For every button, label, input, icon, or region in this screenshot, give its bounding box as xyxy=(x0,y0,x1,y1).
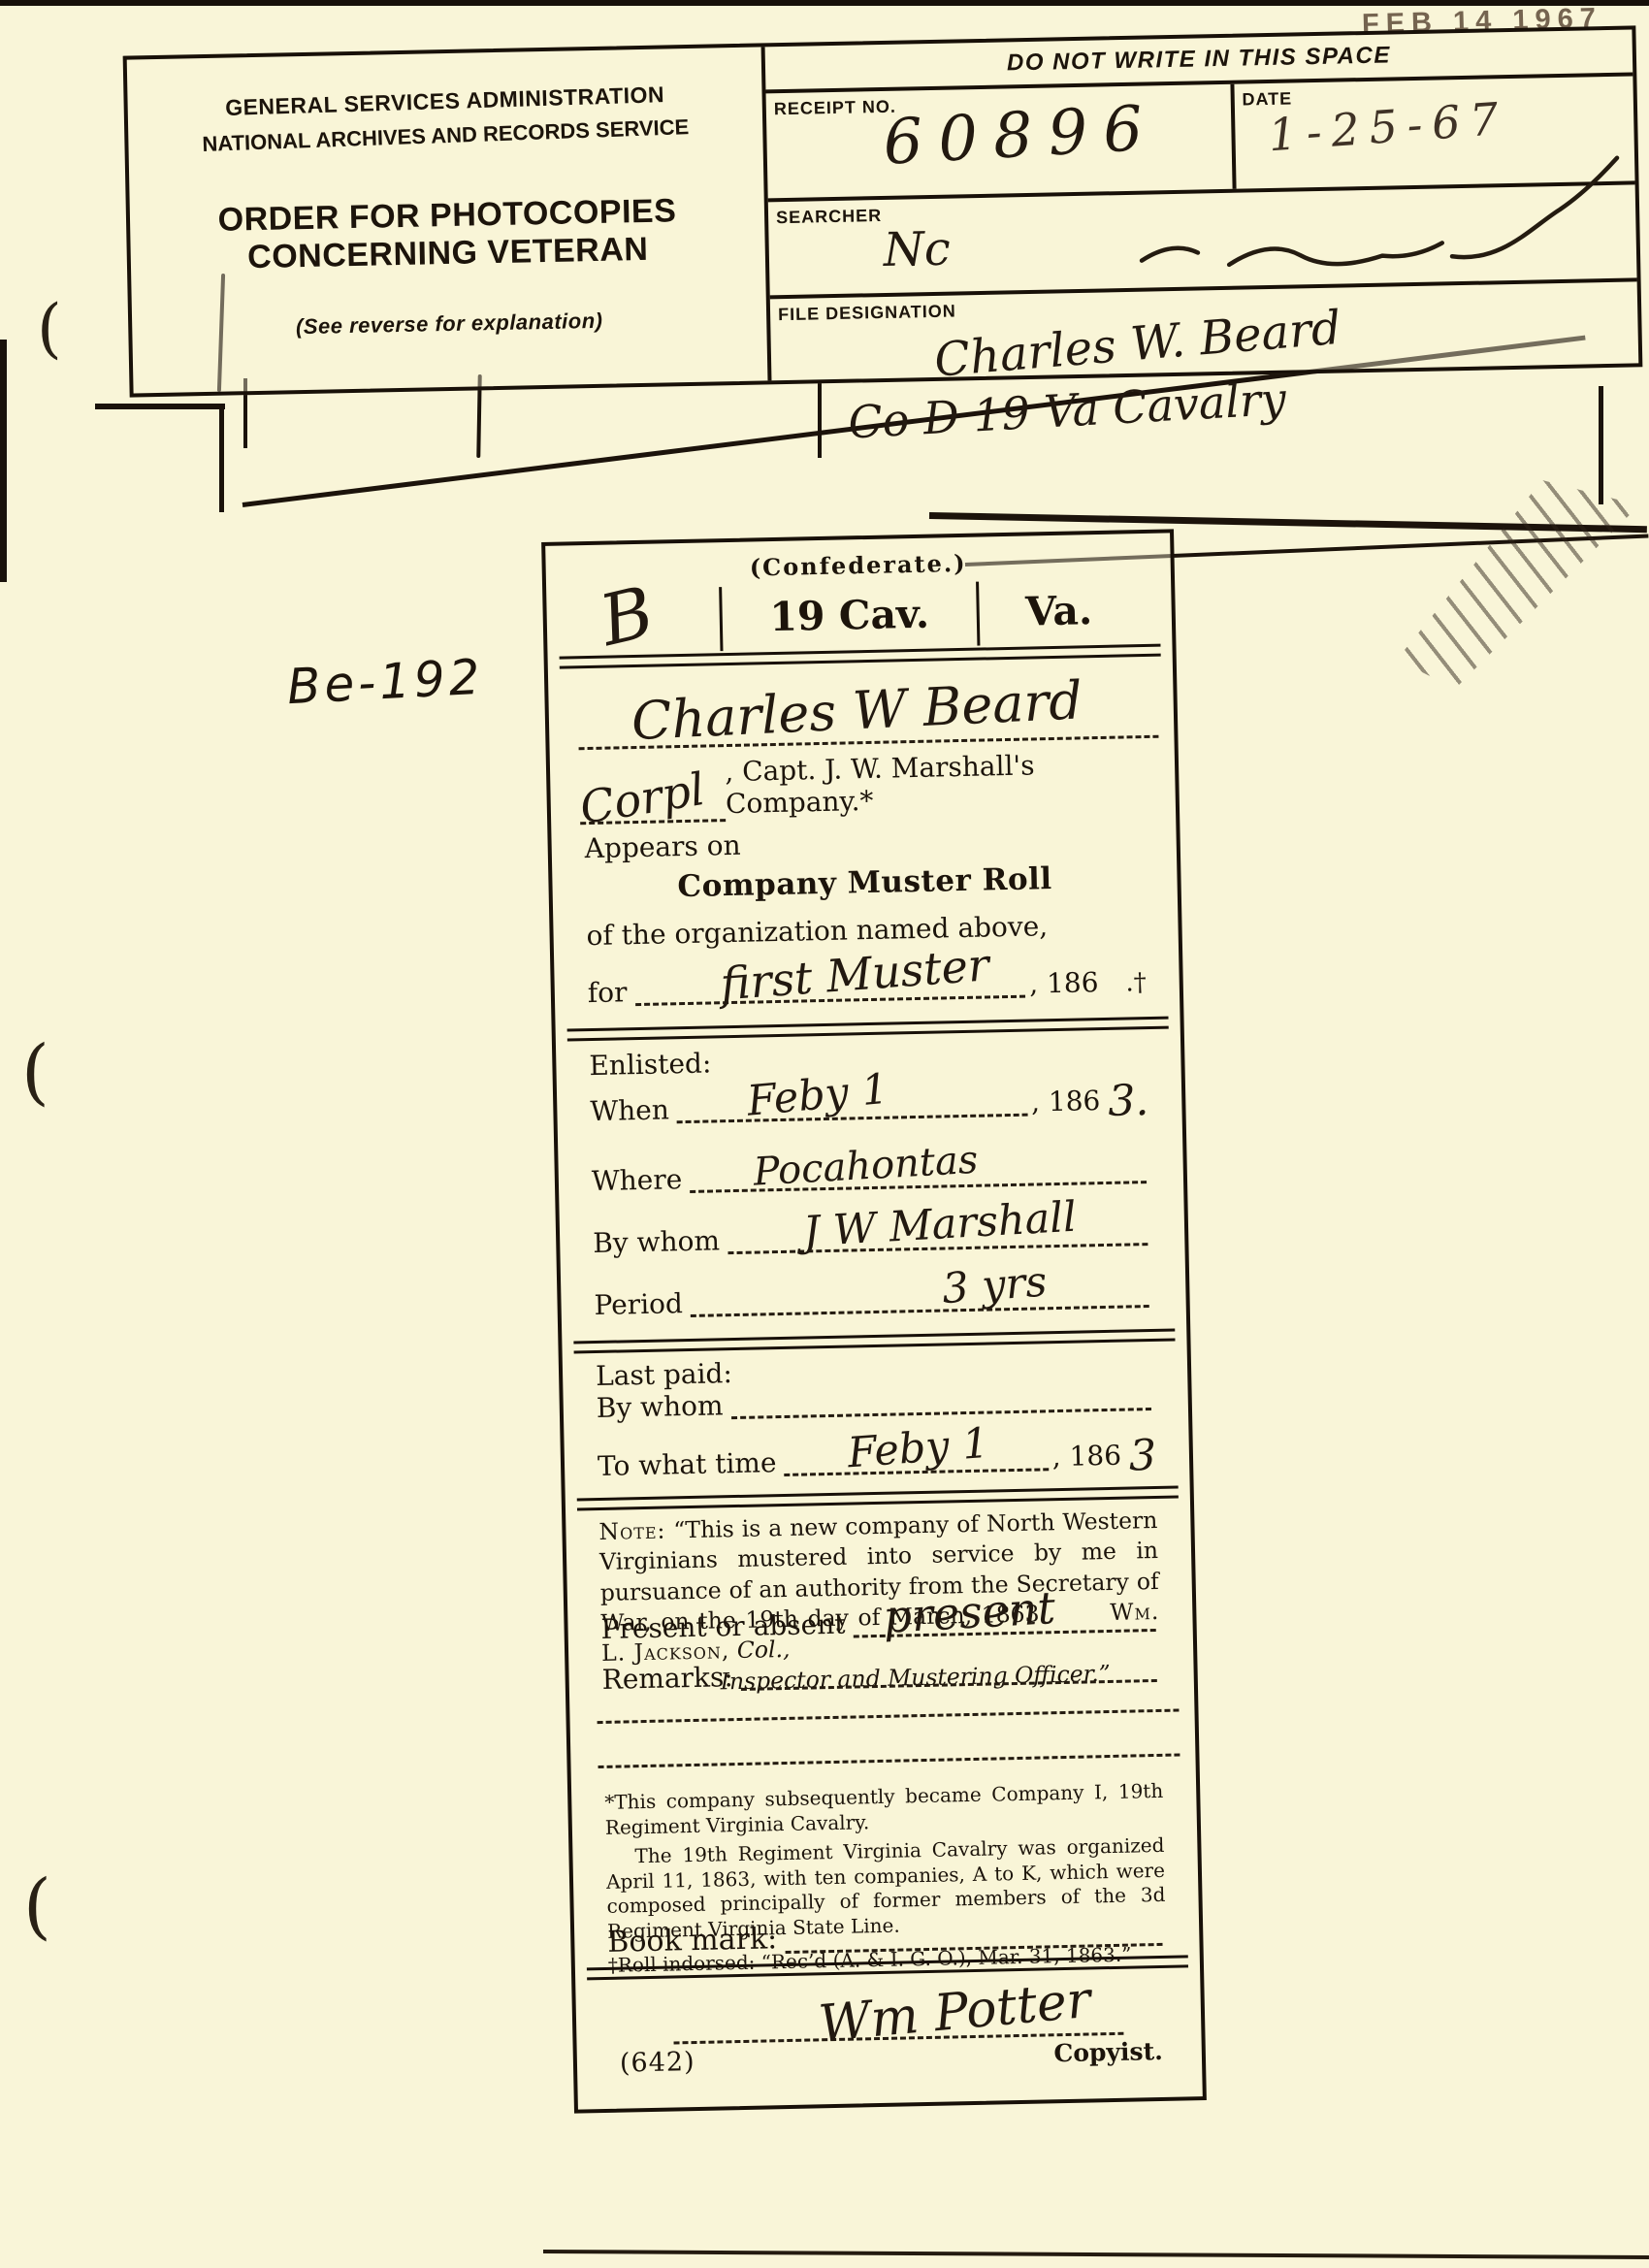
company-letter-cell: B xyxy=(579,587,720,654)
where-label: Where xyxy=(592,1163,683,1199)
for-year-print: , 186 xyxy=(1029,966,1099,1001)
when-year-print: , 186 xyxy=(1031,1085,1101,1119)
scan-bottom-edge xyxy=(543,2250,1649,2259)
by-whom-label: By whom xyxy=(593,1224,720,1261)
faded-diagonal-stamp xyxy=(1397,480,1639,689)
order-form-right-panel: DO NOT WRITE IN THIS SPACE RECEIPT NO. 6… xyxy=(765,29,1639,380)
where-fill-line: Pocahontas xyxy=(690,1142,1147,1193)
file-designation-field: FILE DESIGNATION Charles W. Beard Co D 1… xyxy=(770,281,1639,380)
remarks-extra-line xyxy=(598,1709,1180,1725)
rank-handwritten: Corpl xyxy=(576,762,708,834)
when-fill-line: Feby 1 xyxy=(676,1075,1027,1124)
company-letter-handwritten: B xyxy=(593,570,662,662)
enlisted-where-line: Where Pocahontas xyxy=(591,1125,1150,1199)
when-year-digit-handwritten: 3. xyxy=(1108,1076,1149,1126)
state-designation: Va. xyxy=(976,578,1139,645)
book-mark-label: Book mark: xyxy=(607,1922,778,1961)
footnote-company-change: *This company subsequently became Compan… xyxy=(604,1779,1164,1840)
form-number: (642) xyxy=(620,2047,695,2079)
rank-line: Corpl , Capt. J. W. Marshall's Company.* xyxy=(579,751,1143,825)
enlisted-when-line: When Feby 1 , 186 3. xyxy=(590,1061,1149,1129)
double-rule xyxy=(567,1017,1169,1042)
file-reference-handwritten: Be-192 xyxy=(286,649,485,716)
sheet-edge-tick xyxy=(1599,386,1603,504)
present-fill-line: present xyxy=(853,1590,1156,1638)
by-whom-handwritten: J W Marshall xyxy=(801,1193,1077,1257)
muster-period-handwritten: first Muster xyxy=(719,938,991,1010)
present-handwritten: present xyxy=(882,1581,1056,1643)
last-paid-by-whom-fill xyxy=(730,1369,1151,1419)
sheet-edge-tick xyxy=(818,382,822,458)
file-designation-label: FILE DESIGNATION xyxy=(778,302,956,326)
rank-fill-line: Corpl xyxy=(579,774,726,825)
book-mark-fill-line xyxy=(785,1904,1163,1954)
margin-paren-mark: ( xyxy=(37,291,62,366)
by-whom-fill-line: J W Marshall xyxy=(727,1204,1148,1254)
copyist-label: Copyist. xyxy=(1053,2037,1163,2067)
date-handwritten: 1-25-67 xyxy=(1266,92,1509,162)
period-handwritten: 3 yrs xyxy=(941,1257,1049,1313)
period-label: Period xyxy=(594,1287,683,1323)
searcher-field: SEARCHER Nc xyxy=(768,184,1637,299)
scanned-document: ( ( ( FEB 14 1967 GENERAL SERVICES ADMIN… xyxy=(0,0,1649,2268)
dagger-mark: .† xyxy=(1125,968,1147,999)
note-label: Note: xyxy=(598,1517,666,1545)
form-title: ORDER FOR PHOTOCOPIES CONCERNING VETERAN xyxy=(130,190,765,278)
for-label: for xyxy=(588,976,628,1011)
to-what-time-year-digit: 3 xyxy=(1128,1431,1156,1481)
organization-line: of the organization named above, xyxy=(586,908,1146,952)
file-designation-unit-handwritten: Co D 19 Va Cavalry xyxy=(847,373,1287,449)
scan-left-edge xyxy=(0,340,7,582)
to-what-time-handwritten: Feby 1 xyxy=(846,1419,990,1478)
when-handwritten: Feby 1 xyxy=(745,1065,890,1126)
remarks-extra-line xyxy=(598,1753,1180,1768)
sheet-edge-tick xyxy=(219,407,224,512)
appears-on-label: Appears on xyxy=(584,821,1144,864)
to-what-time-label: To what time xyxy=(598,1446,777,1484)
card-header-row: B 19 Cav. Va. xyxy=(579,578,1139,654)
to-what-time-year-print: , 186 xyxy=(1051,1440,1121,1474)
remarks-label: Remarks: xyxy=(601,1661,733,1698)
copyist-signature-line: Wm Potter xyxy=(672,1976,1123,2045)
scan-top-edge xyxy=(0,0,1649,6)
muster-period-line: for first Muster , 186 .† xyxy=(587,947,1147,1011)
sheet-edge-tick xyxy=(95,404,225,409)
margin-paren-mark: ( xyxy=(23,1864,51,1948)
present-label: Present or absent xyxy=(600,1608,846,1647)
when-label: When xyxy=(590,1093,669,1129)
to-what-time-line: To what time Feby 1 , 186 3 xyxy=(597,1422,1156,1484)
soldier-name-line: Charles W Beard xyxy=(577,658,1159,751)
searcher-label: SEARCHER xyxy=(776,206,882,228)
to-what-time-fill: Feby 1 xyxy=(784,1429,1049,1476)
margin-paren-mark: ( xyxy=(21,1030,49,1114)
order-form: GENERAL SERVICES ADMINISTRATION NATIONAL… xyxy=(123,25,1643,397)
form-subtitle: (See reverse for explanation) xyxy=(132,305,766,342)
receipt-label: RECEIPT NO. xyxy=(774,97,896,120)
unit-designation: 19 Cav. xyxy=(719,582,977,652)
last-paid-by-whom-label: By whom xyxy=(596,1389,723,1426)
muster-roll-card: (Confederate.) B 19 Cav. Va. Charles W B… xyxy=(541,529,1207,2113)
where-handwritten: Pocahontas xyxy=(753,1138,980,1195)
searcher-handwritten: Nc xyxy=(883,222,951,277)
enlisted-by-whom-line: By whom J W Marshall xyxy=(592,1191,1151,1261)
company-caption: , Capt. J. W. Marshall's Company.* xyxy=(725,747,1143,822)
remarks-fill-line xyxy=(740,1640,1157,1691)
soldier-name-handwritten: Charles W Beard xyxy=(630,669,1084,752)
roll-title: Company Muster Roll xyxy=(585,859,1145,906)
for-fill-line: first Muster xyxy=(634,956,1026,1006)
period-fill-line: 3 yrs xyxy=(690,1266,1149,1317)
enlisted-period-line: Period 3 yrs xyxy=(594,1255,1153,1323)
order-form-left-panel: GENERAL SERVICES ADMINISTRATION NATIONAL… xyxy=(127,47,772,393)
